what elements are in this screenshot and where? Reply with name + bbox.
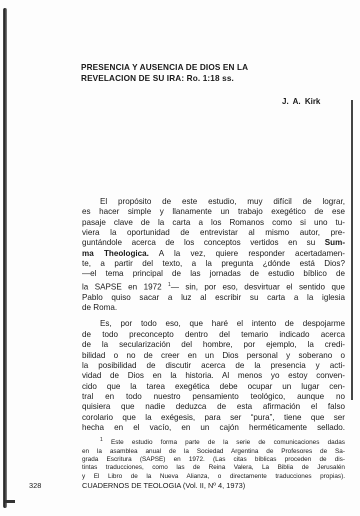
footnote-line: 1 Este estudio forma parte de la serie d… [82, 436, 345, 448]
text-fragment: la SAPSE en 1972 [82, 282, 162, 291]
text-line: la posibilidad de discutir acerca de la … [82, 361, 345, 371]
text-line: quisiera que nadie deduzca de esta afirm… [82, 402, 345, 412]
text-line: bilidad o no de creer en un Dios persona… [82, 351, 345, 361]
text-line: la SAPSE en 1972 1— sin, por eso, desvir… [82, 280, 345, 293]
text-line: —el tema principal de las jornadas de es… [82, 269, 345, 279]
article-body: El propósito de este estudio, muy difíci… [82, 197, 345, 433]
journal-citation: CUADERNOS DE TEOLOGIA (Vol. II, Nº 4, 19… [82, 481, 245, 490]
text-line: hecha en el vacío, en un cajón hermética… [82, 423, 345, 433]
bold-term: Sum- [325, 238, 345, 247]
text-line: de todo preconcepto dentro del temario i… [82, 330, 345, 340]
text-line: pasaje clave de la carta a los Romanos c… [82, 218, 345, 228]
scan-page-edge-left-foot [5, 500, 15, 503]
footnote-marker: 1 [100, 437, 103, 443]
text-line: corolario que la exégesis, para ser “pur… [82, 413, 345, 423]
text-line: Es, por todo eso, que haré el intento de… [82, 319, 345, 329]
footnote-line: en la asamblea anual de la Sociedad Arge… [82, 448, 345, 456]
text-fragment: — sin, por eso, desvirtuar el sentido qu… [171, 282, 345, 291]
text-fragment: A la vez, quiere responder acertadamen- [149, 249, 345, 258]
text-line: cido que la tarea exegética debe ocupar … [82, 382, 345, 392]
text-line: Pablo quiso sacar a luz al escribir su c… [82, 293, 345, 303]
text-line: de Roma. [82, 303, 345, 313]
article-author: J. A. Kirk [282, 97, 320, 106]
text-fragment: Este estudio forma parte de la serie de … [111, 439, 345, 446]
article-title-line-1: PRESENCIA Y AUSENCIA DE DIOS EN LA [81, 62, 311, 73]
text-line: viera la oportunidad de entrevistar al m… [82, 228, 345, 238]
article-title-line-2: REVELACION DE SU IRA: Ro. 1:18 ss. [81, 73, 311, 84]
text-line: vidad de Dios en la historia. Al menos y… [82, 371, 345, 381]
bold-term: ma Theologica. [82, 249, 149, 258]
text-line: El propósito de este estudio, muy difíci… [82, 197, 345, 207]
text-line: tral en todo nuestro pensamiento teológi… [82, 392, 345, 402]
paragraph-2: Es, por todo eso, que haré el intento de… [82, 319, 345, 433]
scan-page-edge-left [3, 8, 7, 508]
text-fragment: guntándole acerca de los conceptos verti… [82, 238, 315, 247]
text-line: de la secularización del hombre, por eje… [82, 340, 345, 350]
article-title: PRESENCIA Y AUSENCIA DE DIOS EN LA REVEL… [81, 62, 311, 84]
paragraph-1: El propósito de este estudio, muy difíci… [82, 197, 345, 313]
footnote-line: tintas traducciones, como las de Reina V… [82, 464, 345, 472]
page-number: 328 [29, 481, 41, 490]
footnote: 1 Este estudio forma parte de la serie d… [82, 436, 345, 481]
text-line: es hacer simple y llanamente un trabajo … [82, 207, 345, 217]
text-line: guntándole acerca de los conceptos verti… [82, 238, 345, 248]
scan-page-edge-right [351, 100, 353, 400]
footnote-line: y El Libro de la Nueva Alianza, o direct… [82, 473, 345, 481]
text-line: ma Theologica. A la vez, quiere responde… [82, 249, 345, 259]
text-line: te, a partir del texto, a la pregunta ¿d… [82, 259, 345, 269]
footnote-line: grada Escritura (SAPSE) en 1972. (Las ci… [82, 456, 345, 464]
